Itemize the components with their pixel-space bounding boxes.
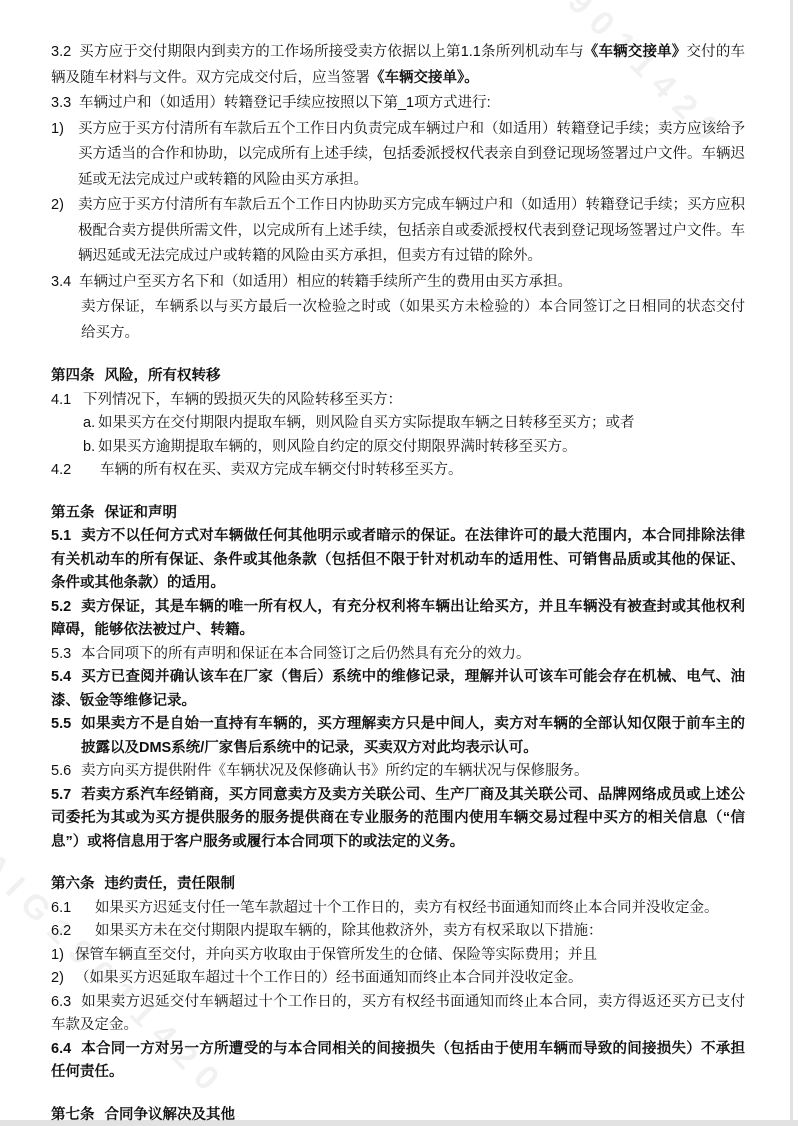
text-run: 下列情况下，车辆的毁损灭失的风险转移至买方： [83, 392, 402, 408]
clause-3-4-note: 卖方保证，车辆系以与买方最后一次检验之时或（如果买方未检验的）本合同签订之日相同… [51, 295, 745, 346]
text-run: 卖方保证，车辆系以与买方最后一次检验之时或（如果买方未检验的）本合同签订之日相同… [81, 299, 745, 341]
text-run: （如果买方迟延取车超过十个工作日的）经书面通知而终止本合同并没收定金。 [75, 970, 583, 986]
clause-number: 3.4 [51, 270, 79, 296]
text-run: 如果买方未在交付期限内提取车辆的，除其他救济外，卖方有权采取以下措施： [95, 923, 603, 939]
clause-5-4: 5.4买方已查阅并确认该车在厂家（售后）系统中的维修记录，理解并认可该车可能会存… [51, 666, 745, 713]
clause-number: 5.7 [51, 784, 81, 808]
clause-5-3: 5.3本合同项下的所有声明和保证在本合同签订之后仍然具有充分的效力。 [51, 643, 745, 667]
text-run: 车辆过户至买方名下和（如适用）相应的转籍手续所产生的费用由买方承担。 [79, 274, 572, 290]
section-5-heading: 第五条保证和声明 [51, 502, 745, 526]
text-run: 本合同项下的所有声明和保证在本合同签订之后仍然具有充分的效力。 [81, 646, 531, 662]
clause-6-3: 6.3如果卖方迟延交付车辆超过十个工作日的，买方有权经书面通知而终止本合同，卖方… [51, 991, 745, 1038]
text-run: 车辆的所有权在买、卖双方完成车辆交付时转移至买方。 [100, 462, 463, 478]
text-run: 如果买方在交付期限内提取车辆，则风险自买方实际提取车辆之日转移至买方；或者 [98, 415, 635, 431]
text-run: 车辆过户和（如适用）转籍登记手续应按照以下第_1项方式进行: [79, 95, 491, 111]
clause-5-7: 5.7若卖方系汽车经销商，买方同意卖方及卖方关联公司、生产厂商及其关联公司、品牌… [51, 784, 745, 855]
clause-5-2: 5.2卖方保证，其是车辆的唯一所有权人，有充分权利将车辆出让给买方，并且车辆没有… [51, 596, 745, 643]
text-run: 如果买方迟延支付任一笔车款超过十个工作日的，卖方有权经书面通知而终止本合同并没收… [95, 900, 719, 916]
text-run: 如果卖方迟延交付车辆超过十个工作日的，买方有权经书面通知而终止本合同，卖方得返还… [51, 994, 745, 1034]
clause-number: 2) [51, 193, 78, 219]
clause-3-2: 3.2买方应于交付期限内到卖方的工作场所接受卖方依据以上第1.1条所列机动车与《… [51, 40, 745, 91]
clause-number: 4.1 [51, 389, 83, 413]
clause-6-2: 6.2如果买方未在交付期限内提取车辆的，除其他救济外，卖方有权采取以下措施： [51, 920, 745, 944]
clause-number: 第四条 [51, 365, 95, 389]
text-run: 买方已查阅并确认该车在厂家（售后）系统中的维修记录，理解并认可该车可能会存在机械… [51, 669, 745, 709]
list-item-6-2-2: 2)（如果买方迟延取车超过十个工作日的）经书面通知而终止本合同并没收定金。 [51, 967, 745, 991]
text-run: 卖方应于买方付清所有车款后五个工作日内协助买方完成车辆过户和（如适用）转籍登记手… [78, 197, 745, 264]
clause-3-3: 3.3车辆过户和（如适用）转籍登记手续应按照以下第_1项方式进行: [51, 91, 745, 117]
list-item-3-3-1: 1)买方应于买方付清所有车款后五个工作日内负责完成车辆过户和（如适用）转籍登记手… [51, 117, 745, 194]
clause-number: 5.1 [51, 525, 81, 549]
clause-number: 1) [51, 944, 75, 968]
clause-number: 3.3 [51, 91, 79, 117]
text-run: 《车辆交接单》。 [370, 70, 479, 86]
clause-3-4: 3.4车辆过户至买方名下和（如适用）相应的转籍手续所产生的费用由买方承担。 [51, 270, 745, 296]
text-run: 《车辆交接单》 [584, 44, 687, 60]
text-run: 如果卖方不是自始一直持有车辆的，买方理解卖方只是中间人，卖方对车辆的全部认知仅限… [81, 716, 745, 756]
section-7-heading: 第七条合同争议解决及其他 [51, 1104, 745, 1126]
text-run: 如果买方逾期提取车辆的，则风险自约定的原交付期限界满时转移至买方。 [98, 439, 577, 455]
clause-number: 第七条 [51, 1104, 95, 1126]
sub-item-4-1-b: b.如果买方逾期提取车辆的，则风险自约定的原交付期限界满时转移至买方。 [51, 436, 745, 460]
text-run: 若卖方系汽车经销商，买方同意卖方及卖方关联公司、生产厂商及其关联公司、品牌网络成… [51, 787, 745, 850]
clause-number: 6.4 [51, 1038, 81, 1062]
text-run: 买方应于买方付清所有车款后五个工作日内负责完成车辆过户和（如适用）转籍登记手续；… [78, 121, 745, 188]
list-item-3-3-2: 2)卖方应于买方付清所有车款后五个工作日内协助买方完成车辆过户和（如适用）转籍登… [51, 193, 745, 270]
clause-number: 1) [51, 117, 78, 143]
text-run: 本合同一方对另一方所遭受的与本合同相关的间接损失（包括由于使用车辆而导致的间接损… [51, 1041, 745, 1081]
text-run: 卖方不以任何方式对车辆做任何其他明示或者暗示的保证。在法律许可的最大范围内，本合… [51, 528, 745, 591]
clause-number: 第五条 [51, 502, 95, 526]
clause-number: 5.5 [51, 713, 81, 737]
section-6-heading: 第六条违约责任，责任限制 [51, 873, 745, 897]
clause-number: 6.1 [51, 897, 95, 921]
clause-number: 5.4 [51, 666, 81, 690]
text-run: 合同争议解决及其他 [105, 1107, 236, 1123]
clause-4-2: 4.2车辆的所有权在买、卖双方完成车辆交付时转移至买方。 [51, 459, 745, 483]
clause-5-1: 5.1卖方不以任何方式对车辆做任何其他明示或者暗示的保证。在法律许可的最大范围内… [51, 525, 745, 596]
clause-number: a. [83, 412, 98, 436]
text-run: 风险，所有权转移 [105, 368, 221, 384]
text-run: 保管车辆直至交付，并向买方收取由于保管所发生的仓储、保险等实际费用；并且 [75, 947, 597, 963]
clause-number: 6.2 [51, 920, 95, 944]
clause-number: 4.2 [51, 459, 100, 483]
page-edge-right [790, 0, 793, 1120]
clause-number: 第六条 [51, 873, 95, 897]
page-content: 3.2买方应于交付期限内到卖方的工作场所接受卖方依据以上第1.1条所列机动车与《… [51, 40, 745, 1126]
clause-number: b. [83, 436, 98, 460]
clause-number: 5.2 [51, 596, 81, 620]
clause-number: 6.3 [51, 991, 81, 1015]
sub-item-4-1-a: a.如果买方在交付期限内提取车辆，则风险自买方实际提取车辆之日转移至买方；或者 [51, 412, 745, 436]
clause-6-1: 6.1如果买方迟延支付任一笔车款超过十个工作日的，卖方有权经书面通知而终止本合同… [51, 897, 745, 921]
section-4-heading: 第四条风险，所有权转移 [51, 365, 745, 389]
clause-number: 5.6 [51, 760, 81, 784]
clause-4-1: 4.1下列情况下，车辆的毁损灭失的风险转移至买方： [51, 389, 745, 413]
clause-number: 2) [51, 967, 75, 991]
clause-6-4: 6.4本合同一方对另一方所遭受的与本合同相关的间接损失（包括由于使用车辆而导致的… [51, 1038, 745, 1085]
text-run: 卖方向买方提供附件《车辆状况及保修确认书》所约定的车辆状况与保修服务。 [81, 763, 589, 779]
clause-number: 3.2 [51, 40, 79, 66]
clause-5-6: 5.6卖方向买方提供附件《车辆状况及保修确认书》所约定的车辆状况与保修服务。 [51, 760, 745, 784]
text-run: 买方应于交付期限内到卖方的工作场所接受卖方依据以上第1.1条所列机动车与 [79, 44, 584, 60]
text-run: 卖方保证，其是车辆的唯一所有权人，有充分权利将车辆出让给买方，并且车辆没有被查封… [51, 599, 745, 639]
text-run: 保证和声明 [105, 505, 178, 521]
clause-number: 5.3 [51, 643, 81, 667]
clause-5-5: 5.5如果卖方不是自始一直持有车辆的，买方理解卖方只是中间人，卖方对车辆的全部认… [51, 713, 745, 760]
list-item-6-2-1: 1)保管车辆直至交付，并向买方收取由于保管所发生的仓储、保险等实际费用；并且 [51, 944, 745, 968]
text-run: 违约责任，责任限制 [105, 876, 236, 892]
